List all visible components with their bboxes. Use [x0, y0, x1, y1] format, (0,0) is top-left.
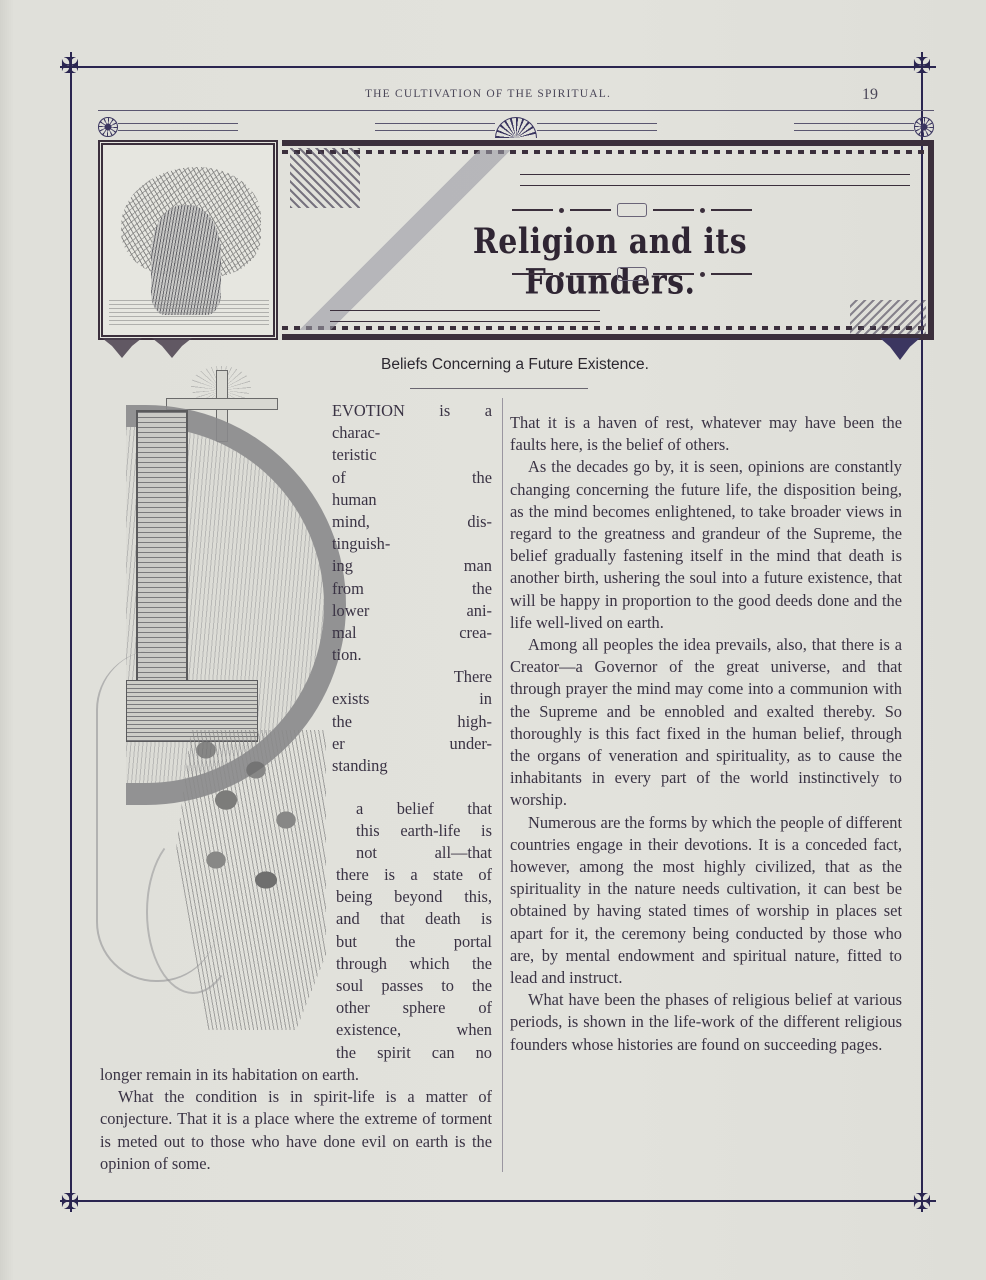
text-line: and that death is — [336, 908, 492, 930]
arrow-ornament — [330, 310, 600, 322]
left-column-bottom: longer remain in its habitation on earth… — [100, 1064, 492, 1175]
ornament-line — [794, 123, 914, 131]
acanthus-scroll-ornament — [146, 830, 240, 994]
ground-engraving — [109, 297, 269, 325]
corner-ornament-icon: ✠ — [902, 46, 942, 86]
title-flourish-top — [512, 204, 752, 216]
paragraph: longer remain in its habitation on earth… — [100, 1064, 492, 1086]
text-line: this earth-life is — [356, 820, 492, 842]
frame-rule-top — [60, 66, 936, 68]
banner-illustration — [98, 140, 278, 340]
text-line: existence, when — [336, 1019, 492, 1041]
text-line: teristic — [332, 444, 492, 466]
scroll-ornament-icon — [617, 267, 647, 281]
paragraph: Numerous are the forms by which the peop… — [510, 812, 902, 990]
running-head: THE CULTIVATION OF THE SPIRITUAL. — [98, 88, 878, 100]
text-line: human — [332, 489, 492, 511]
text-line: through which the — [336, 953, 492, 975]
text-line: exists in — [332, 688, 492, 710]
corner-ornament-icon: ✠ — [50, 1182, 90, 1222]
text-line: lower ani- — [332, 600, 492, 622]
page-number: 19 — [838, 86, 878, 104]
text-line: not all—that — [356, 842, 492, 864]
text-line: mind, dis- — [332, 511, 492, 533]
text-line: being beyond this, — [336, 886, 492, 908]
text-beside-drop-cap: EVOTION is a charac- teristic of the hum… — [332, 400, 492, 777]
text-line: a belief that — [356, 798, 492, 820]
section-subtitle: Beliefs Concerning a Future Existence. — [300, 356, 730, 374]
text-line: standing — [332, 755, 492, 777]
column-divider — [502, 398, 503, 1172]
chapter-title: Religion and its Founders. — [420, 222, 800, 303]
text-line: EVOTION is a — [332, 400, 492, 422]
paragraph: As the decades go by, it is seen, opinio… — [510, 456, 902, 634]
text-line: the high- — [332, 711, 492, 733]
paragraph: Among all peoples the idea prevails, als… — [510, 634, 902, 812]
text-beside-drop-cap: a belief that this earth-life is not all… — [356, 798, 492, 865]
text-line: er under- — [332, 733, 492, 755]
text-line: there is a state of — [336, 864, 492, 886]
title-flourish-bottom — [512, 268, 752, 280]
text-line: but the portal — [336, 931, 492, 953]
text-line: There — [332, 666, 492, 688]
fan-ornament-icon — [495, 117, 537, 138]
text-line: mal crea- — [332, 622, 492, 644]
subtitle-rule — [410, 388, 588, 389]
frame-rule-bottom — [60, 1200, 936, 1202]
right-column: That it is a haven of rest, whatever may… — [510, 412, 902, 1056]
paragraph: What have been the phases of religious b… — [510, 989, 902, 1056]
text-line: other sphere of — [336, 997, 492, 1019]
text-line: charac- — [332, 422, 492, 444]
frame-rule-left — [70, 52, 72, 1212]
ornament-line — [537, 123, 657, 131]
text-line: the spirit can no — [336, 1042, 492, 1064]
ornament-line — [118, 123, 238, 131]
rosette-icon — [914, 117, 934, 137]
text-line: ing man — [332, 555, 492, 577]
ornament-band — [98, 116, 934, 138]
corner-ornament-icon: ✠ — [902, 1182, 942, 1222]
paragraph: What the condition is in spirit-life is … — [100, 1086, 492, 1175]
text-line: from the — [332, 578, 492, 600]
drop-cap-illustration — [96, 350, 326, 1062]
text-line: tion. — [332, 644, 492, 666]
pendant-ornament-icon — [880, 338, 920, 360]
head-rule — [98, 110, 934, 111]
scroll-ornament-icon — [617, 203, 647, 217]
text-line: soul passes to the — [336, 975, 492, 997]
corner-ornament-icon: ✠ — [50, 46, 90, 86]
paragraph: That it is a haven of rest, whatever may… — [510, 412, 902, 456]
text-line: of the — [332, 467, 492, 489]
text-line: tinguish- — [332, 533, 492, 555]
book-page: ✠ ✠ ✠ ✠ THE CULTIVATION OF THE SPIRITUAL… — [0, 0, 986, 1280]
rosette-icon — [98, 117, 118, 137]
arrow-ornament — [520, 174, 910, 186]
ornament-line — [375, 123, 495, 131]
corner-fretwork-ornament — [850, 300, 926, 334]
text-beside-drop-cap: there is a state of being beyond this, a… — [336, 864, 492, 1064]
